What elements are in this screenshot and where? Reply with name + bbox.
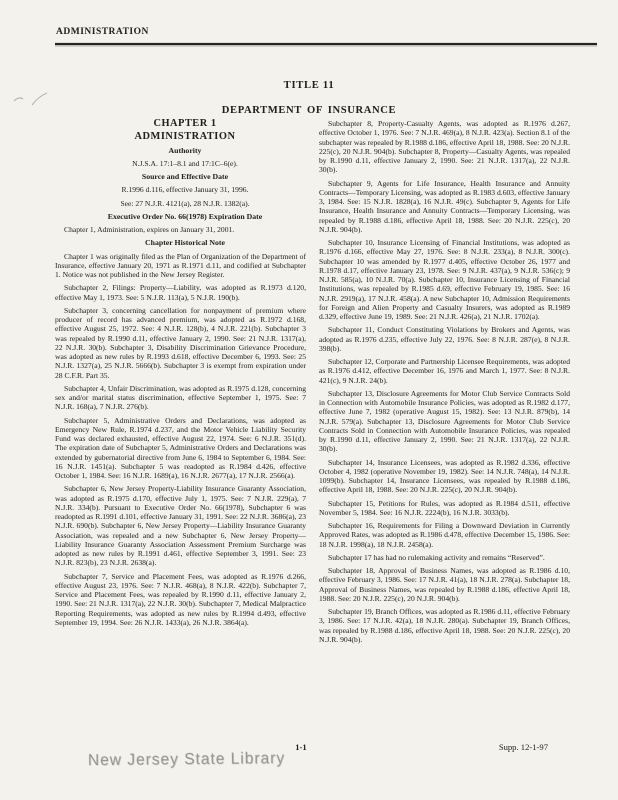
- authority-text: N.J.S.A. 17:1–8.1 and 17:1C–6(e).: [55, 159, 306, 168]
- historical-paragraph: Subchapter 6, New Jersey Property-Liabil…: [55, 484, 306, 567]
- historical-paragraph: Subchapter 17 has had no rulemaking acti…: [319, 553, 570, 562]
- historical-paragraph: Subchapter 12, Corporate and Partnership…: [319, 357, 570, 385]
- historical-paragraph: Subchapter 9, Agents for Life Insurance,…: [319, 179, 570, 235]
- chapter-heading: CHAPTER 1: [55, 119, 306, 128]
- historical-paragraph: Subchapter 19, Branch Offices, was adopt…: [319, 607, 570, 644]
- historical-paragraph: Subchapter 14, Insurance Licensees, was …: [319, 458, 570, 495]
- page-number: 1-1: [281, 742, 321, 752]
- running-header: ADMINISTRATION: [56, 27, 149, 37]
- expiration-heading: Executive Order No. 66(1978) Expiration …: [55, 212, 306, 221]
- authority-heading: Authority: [55, 146, 306, 155]
- historical-paragraph: Subchapter 11, Conduct Constituting Viol…: [319, 325, 570, 353]
- historical-note-heading: Chapter Historical Note: [55, 238, 306, 247]
- library-stamp: New Jersey State Library: [88, 750, 285, 771]
- historical-paragraph: Subchapter 16, Requirements for Filing a…: [319, 521, 570, 549]
- historical-paragraph: Subchapter 18, Approval of Business Name…: [319, 566, 570, 603]
- historical-paragraph: Subchapter 10, Insurance Licensing of Fi…: [319, 238, 570, 321]
- historical-paragraph: Subchapter 7, Service and Placement Fees…: [55, 572, 306, 628]
- subtitle-line: DEPARTMENT OF INSURANCE: [0, 105, 618, 116]
- chapter-subheading: ADMINISTRATION: [55, 132, 306, 141]
- source-heading: Source and Effective Date: [55, 172, 306, 181]
- right-column: Subchapter 8, Property-Casualty Agents, …: [319, 119, 570, 648]
- document-page: ADMINISTRATION TITLE 11 DEPARTMENT OF IN…: [0, 0, 618, 800]
- header-rule: [55, 43, 597, 45]
- title-line: TITLE 11: [0, 80, 618, 91]
- expiration-text: Chapter 1, Administration, expires on Ja…: [55, 225, 306, 234]
- historical-paragraph: Subchapter 13, Disclosure Agreements for…: [319, 389, 570, 454]
- historical-paragraph: Subchapter 3, concerning cancellation fo…: [55, 306, 306, 380]
- historical-paragraph: Subchapter 5, Administrative Orders and …: [55, 416, 306, 481]
- historical-paragraph: Subchapter 2, Filings: Property—Liabilit…: [55, 283, 306, 302]
- historical-paragraph: Subchapter 4, Unfair Discrimination, was…: [55, 384, 306, 412]
- historical-paragraph: Subchapter 8, Property-Casualty Agents, …: [319, 119, 570, 175]
- historical-paragraph: Subchapter 15, Petitions for Rules, was …: [319, 499, 570, 518]
- source-line: R.1996 d.116, effective January 31, 1996…: [55, 185, 306, 194]
- source-line: See: 27 N.J.R. 4121(a), 28 N.J.R. 1382(a…: [55, 199, 306, 208]
- two-column-body: CHAPTER 1 ADMINISTRATION Authority N.J.S…: [55, 119, 571, 648]
- historical-paragraph: Chapter 1 was originally filed as the Pl…: [55, 252, 306, 280]
- left-column: CHAPTER 1 ADMINISTRATION Authority N.J.S…: [55, 119, 306, 648]
- supplement-date: Supp. 12-1-97: [499, 742, 548, 752]
